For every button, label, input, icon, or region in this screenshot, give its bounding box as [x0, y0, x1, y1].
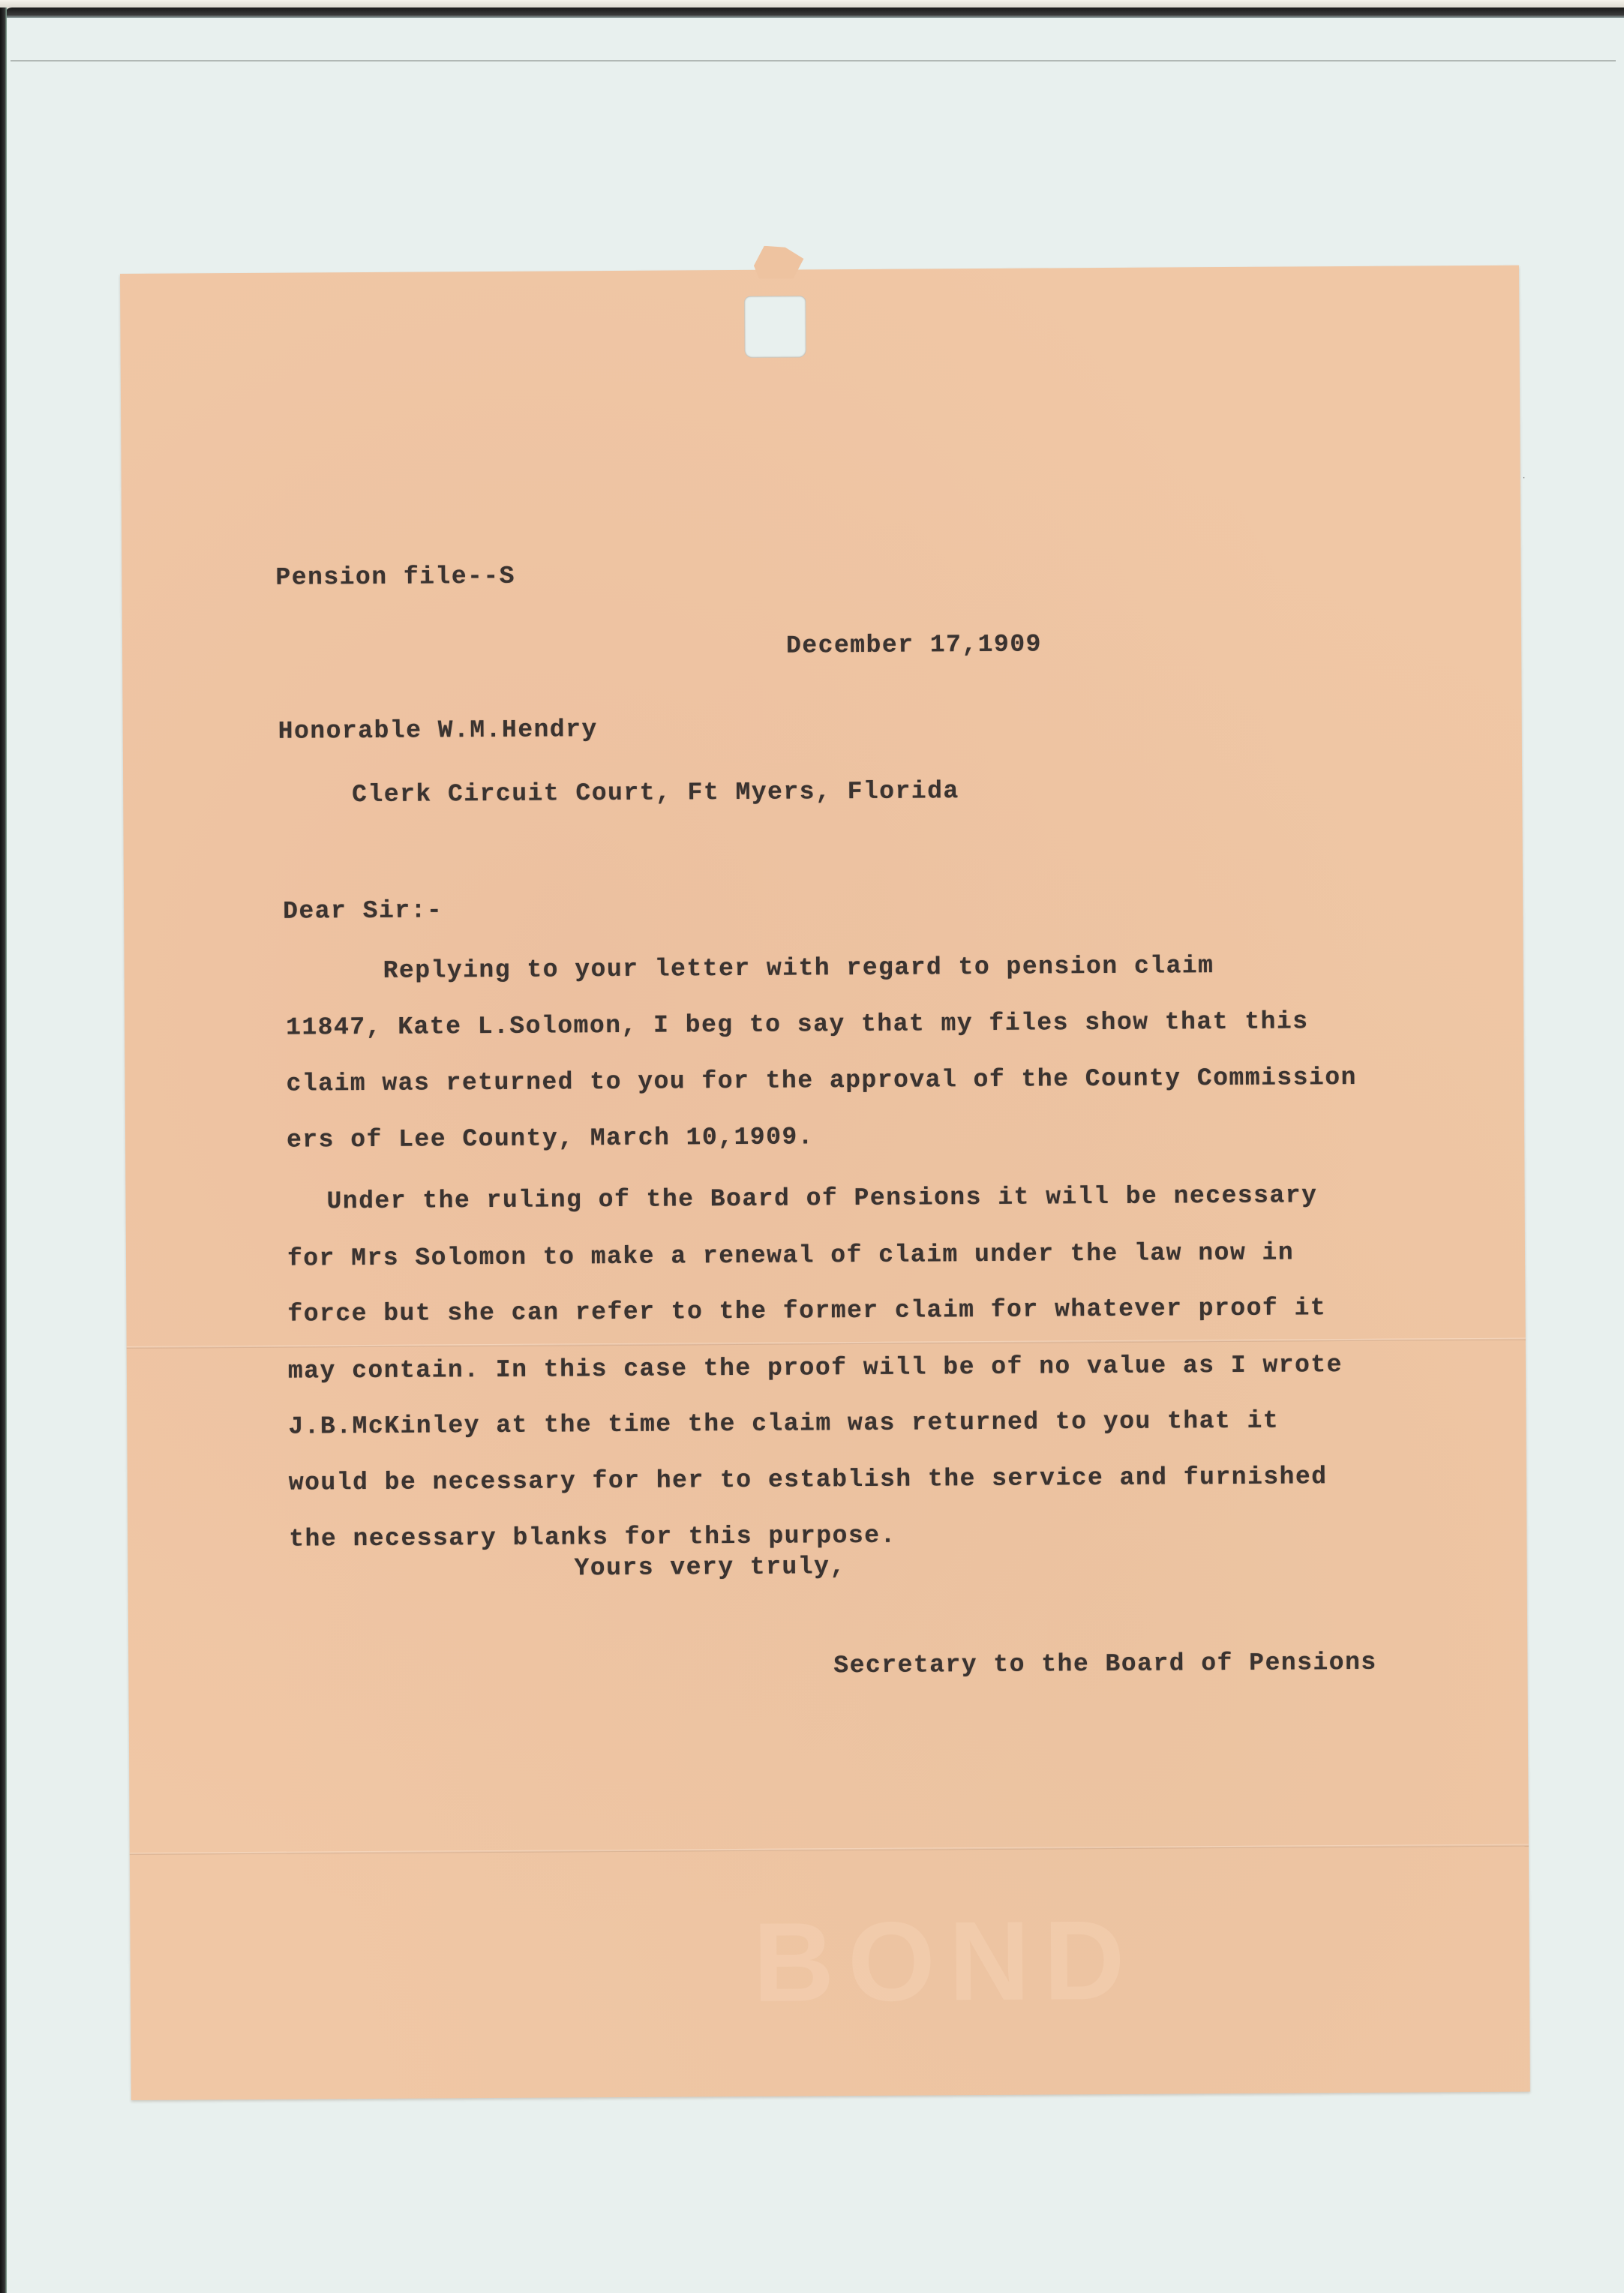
- letter-date: December 17,1909: [786, 632, 1042, 659]
- body-line: force but she can refer to the former cl…: [287, 1295, 1326, 1326]
- torn-paper-tab: [754, 245, 806, 278]
- body-line: may contain. In this case the proof will…: [288, 1352, 1343, 1384]
- body-line: would be necessary for her to establish …: [289, 1464, 1328, 1495]
- body-line: claim was returned to you for the approv…: [287, 1065, 1358, 1097]
- recipient-name: Honorable W.M.Hendry: [278, 717, 598, 744]
- scanner-left-edge: [0, 8, 7, 2293]
- paper-fold: [130, 1844, 1529, 1855]
- scanner-crease: [11, 60, 1616, 62]
- letter-sheet: BOND Pension file--S December 17,1909 Ho…: [120, 266, 1530, 2100]
- recipient-address: Clerk Circuit Court, Ft Myers, Florida: [352, 779, 959, 807]
- signature-title: Secretary to the Board of Pensions: [833, 1650, 1377, 1678]
- body-line: Replying to your letter with regard to p…: [383, 953, 1214, 983]
- file-reference: Pension file--S: [275, 564, 515, 590]
- body-line: ers of Lee County, March 10,1909.: [287, 1124, 814, 1152]
- body-line: J.B.McKinley at the time the claim was r…: [288, 1409, 1279, 1439]
- body-line: the necessary blanks for this purpose.: [289, 1523, 896, 1552]
- body-line: Under the ruling of the Board of Pension…: [326, 1183, 1317, 1214]
- paper-fold: [127, 1338, 1526, 1349]
- scanner-lid-shadow: [5, 8, 1624, 18]
- salutation: Dear Sir:-: [283, 898, 443, 923]
- body-line: for Mrs Solomon to make a renewal of cla…: [287, 1240, 1294, 1271]
- paper-watermark: BOND: [752, 1895, 1139, 2027]
- body-line: 11847, Kate L.Solomon, I beg to say that…: [286, 1009, 1309, 1040]
- closing: Yours very truly,: [574, 1554, 845, 1580]
- punch-hole: [744, 296, 806, 357]
